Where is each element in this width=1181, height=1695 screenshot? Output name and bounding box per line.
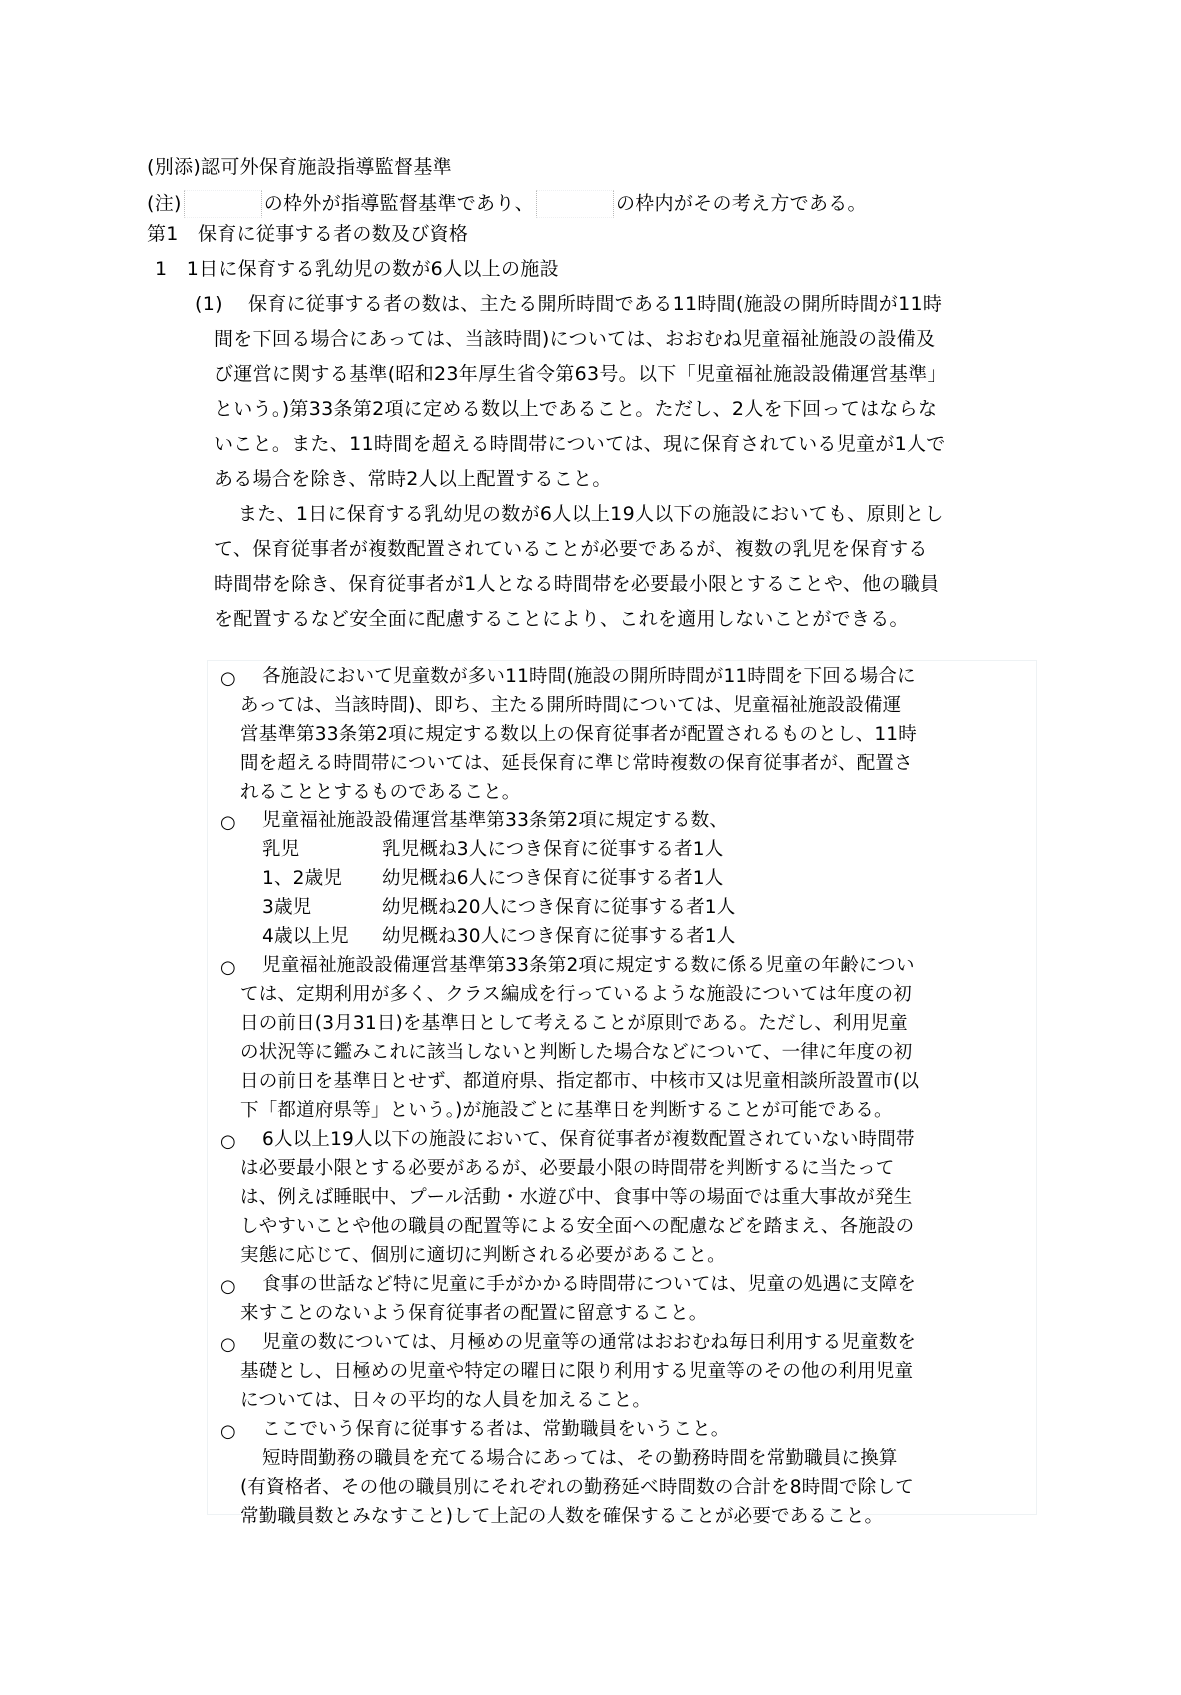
bullet-icon: ○ bbox=[220, 1276, 236, 1297]
ratio-age: 3歳児 bbox=[262, 899, 311, 918]
box-line: 食事の世話など特に児童に手がかかる時間帯については、児童の処遇に支障を bbox=[262, 1276, 916, 1295]
section-heading: 第1 保育に従事する者の数及び資格 bbox=[147, 225, 468, 244]
box-line: は、例えば睡眠中、プール活動・水遊び中、食事中等の場面では重大事故が発生 bbox=[240, 1189, 912, 1208]
ratio-value: 幼児概ね20人につき保育に従事する者1人 bbox=[382, 899, 735, 918]
box-line: (有資格者、その他の職員別にそれぞれの勤務延べ時間数の合計を8時間で除して bbox=[240, 1479, 914, 1498]
para-line: 間を下回る場合にあっては、当該時間)については、おおむね児童福祉施設の設備及 bbox=[214, 330, 935, 349]
bullet-icon: ○ bbox=[220, 957, 236, 978]
note-prefix: (注) bbox=[147, 193, 182, 215]
box-line: 日の前日を基準日とせず、都道府県、指定都市、中核市又は児童相談所設置市(以 bbox=[240, 1073, 919, 1092]
box-line: 短時間勤務の職員を充てる場合にあっては、その勤務時間を常勤職員に換算 bbox=[262, 1450, 898, 1469]
sample-frame-outer bbox=[184, 190, 262, 218]
para-line: という。)第33条第2項に定める数以上であること。ただし、2人を下回ってはならな bbox=[214, 400, 937, 419]
box-line: ては、定期利用が多く、クラス編成を行っているような施設については年度の初 bbox=[240, 986, 912, 1005]
para2-line: て、保育従事者が複数配置されていることが必要であるが、複数の乳児を保育する bbox=[214, 540, 928, 559]
box-line: については、日々の平均的な人員を加えること。 bbox=[240, 1392, 651, 1411]
para2-line: また、1日に保育する乳幼児の数が6人以上19人以下の施設においても、原則とし bbox=[238, 505, 944, 524]
bullet-icon: ○ bbox=[220, 1131, 236, 1152]
box-line: 営基準第33条第2項に規定する数以上の保育従事者が配置されるものとし、11時 bbox=[240, 726, 917, 745]
para-line: いこと。また、11時間を超える時間帯については、現に保育されている児童が1人で bbox=[214, 435, 946, 454]
ratio-age: 乳児 bbox=[262, 841, 299, 860]
box-line: れることとするものであること。 bbox=[240, 784, 521, 803]
box-line: あっては、当該時間)、即ち、主たる開所時間については、児童福祉施設設備運 bbox=[240, 697, 901, 716]
box-line: 日の前日(3月31日)を基準日として考えることが原則である。ただし、利用児童 bbox=[240, 1015, 908, 1034]
note-part2: の枠内がその考え方である。 bbox=[616, 193, 867, 215]
bullet-icon: ○ bbox=[220, 668, 236, 689]
box-line: 各施設において児童数が多い11時間(施設の開所時間が11時間を下回る場合に bbox=[262, 668, 916, 687]
sub-label: (1) bbox=[195, 295, 223, 314]
para-line: 保育に従事する者の数は、主たる開所時間である11時間(施設の開所時間が11時 bbox=[248, 295, 942, 314]
box-line: 実態に応じて、個別に適切に判断される必要があること。 bbox=[240, 1247, 726, 1266]
note-part1: の枠外が指導監督基準であり、 bbox=[264, 193, 534, 215]
box-line: しやすいことや他の職員の配置等による安全面への配慮などを踏まえ、各施設の bbox=[240, 1218, 914, 1237]
box-line: 間を超える時間帯については、延長保育に準じ常時複数の保育従事者が、配置さ bbox=[240, 755, 913, 774]
box-line: 6人以上19人以下の施設において、保育従事者が複数配置されていない時間帯 bbox=[262, 1131, 915, 1150]
ratio-value: 幼児概ね6人につき保育に従事する者1人 bbox=[382, 870, 723, 889]
box-line: ここでいう保育に従事する者は、常勤職員をいうこと。 bbox=[262, 1421, 730, 1440]
ratio-age: 4歳以上児 bbox=[262, 928, 349, 947]
ratio-value: 幼児概ね30人につき保育に従事する者1人 bbox=[382, 928, 735, 947]
box-line: 来すことのないよう保育従事者の配置に留意すること。 bbox=[240, 1305, 708, 1324]
para-line: び運営に関する基準(昭和23年厚生省令第63号。以下「児童福祉施設設備運営基準」 bbox=[214, 365, 947, 384]
para2-line: を配置するなど安全面に配慮することにより、これを適用しないことができる。 bbox=[214, 610, 909, 629]
bullet-icon: ○ bbox=[220, 1421, 236, 1442]
box-line: の状況等に鑑みこれに該当しないと判断した場合などについて、一律に年度の初 bbox=[240, 1044, 912, 1063]
box-line: 下「都道府県等」という。)が施設ごとに基準日を判断することが可能である。 bbox=[240, 1102, 893, 1121]
box-line: 児童福祉施設設備運営基準第33条第2項に規定する数に係る児童の年齢につい bbox=[262, 957, 915, 976]
box-line: 児童福祉施設設備運営基準第33条第2項に規定する数、 bbox=[262, 812, 728, 831]
box-line: 常勤職員数とみなすこと)して上記の人数を確保することが必要であること。 bbox=[240, 1508, 883, 1527]
item-heading: 1 1日に保育する乳幼児の数が6人以上の施設 bbox=[155, 260, 559, 279]
ratio-value: 乳児概ね3人につき保育に従事する者1人 bbox=[382, 841, 723, 860]
document-title: (別添)認可外保育施設指導監督基準 bbox=[147, 158, 452, 177]
box-line: は必要最小限とする必要があるが、必要最小限の時間帯を判断するに当たって bbox=[240, 1160, 895, 1179]
ratio-age: 1、2歳児 bbox=[262, 870, 342, 889]
para-line: ある場合を除き、常時2人以上配置すること。 bbox=[214, 470, 612, 489]
note-line: (注)の枠外が指導監督基準であり、の枠内がその考え方である。 bbox=[147, 190, 867, 218]
bullet-icon: ○ bbox=[220, 1334, 236, 1355]
bullet-icon: ○ bbox=[220, 812, 236, 833]
sample-frame-inner bbox=[536, 190, 614, 218]
box-line: 基礎とし、日極めの児童や特定の曜日に限り利用する児童等のその他の利用児童 bbox=[240, 1363, 913, 1382]
para2-line: 時間帯を除き、保育従事者が1人となる時間帯を必要最小限とすることや、他の職員 bbox=[214, 575, 939, 594]
box-line: 児童の数については、月極めの児童等の通常はおおむね毎日利用する児童数を bbox=[262, 1334, 916, 1353]
